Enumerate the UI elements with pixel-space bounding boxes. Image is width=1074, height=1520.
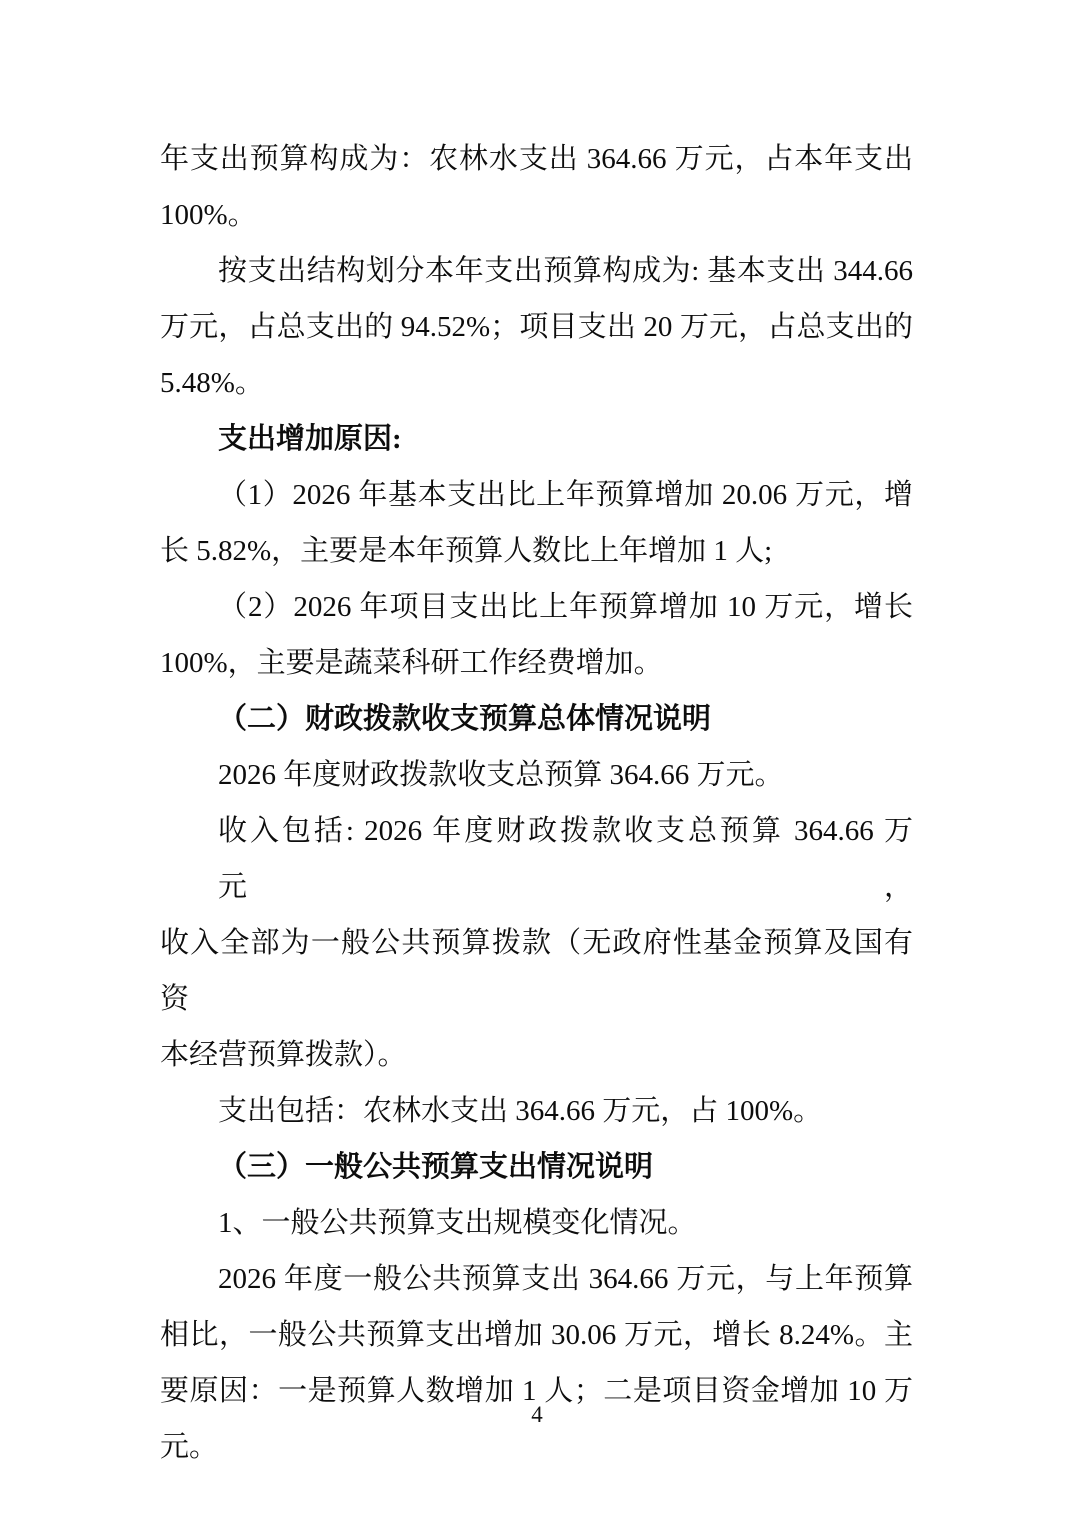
text-line: （三）一般公共预算支出情况说明 <box>160 1139 913 1195</box>
paragraph-expenditure-composition: 年支出预算构成为：农林水支出 364.66 万元，占本年支出 100%。 <box>160 131 913 243</box>
heading-expenditure-increase-reasons: 支出增加原因: <box>160 411 913 467</box>
text-line: 2026 年度一般公共预算支出 364.66 万元，与上年预算 <box>160 1251 913 1307</box>
heading-fiscal-appropriation-overview: （二）财政拨款收支预算总体情况说明 <box>160 691 913 747</box>
paragraph-income-includes: 收入包括: 2026 年度财政拨款收支总预算 364.66 万元， 收入全部为一… <box>160 803 913 1083</box>
text-line: 100%。 <box>160 187 913 243</box>
paragraph-expenditure-includes: 支出包括：农林水支出 364.66 万元，占 100%。 <box>160 1083 913 1139</box>
text-line: 收入包括: 2026 年度财政拨款收支总预算 364.66 万元， <box>160 803 913 915</box>
text-line: 本经营预算拨款）。 <box>160 1027 913 1083</box>
document-body: 年支出预算构成为：农林水支出 364.66 万元，占本年支出 100%。 按支出… <box>160 131 913 1475</box>
paragraph-increase-reason-1: （1）2026 年基本支出比上年预算增加 20.06 万元，增 长 5.82%，… <box>160 467 913 579</box>
page-number: 4 <box>0 1400 1074 1430</box>
text-line: 支出包括：农林水支出 364.66 万元，占 100%。 <box>160 1083 913 1139</box>
paragraph-fiscal-total-budget: 2026 年度财政拨款收支总预算 364.66 万元。 <box>160 747 913 803</box>
text-line: （二）财政拨款收支预算总体情况说明 <box>160 691 913 747</box>
paragraph-expenditure-structure: 按支出结构划分本年支出预算构成为: 基本支出 344.66 万元，占总支出的 9… <box>160 243 913 411</box>
text-line: 1、一般公共预算支出规模变化情况。 <box>160 1195 913 1251</box>
paragraph-scale-change-title: 1、一般公共预算支出规模变化情况。 <box>160 1195 913 1251</box>
text-line: （2）2026 年项目支出比上年预算增加 10 万元，增长 <box>160 579 913 635</box>
text-line: （1）2026 年基本支出比上年预算增加 20.06 万元，增 <box>160 467 913 523</box>
text-line: 5.48%。 <box>160 355 913 411</box>
text-line: 年支出预算构成为：农林水支出 364.66 万元，占本年支出 <box>160 131 913 187</box>
text-line: 相比，一般公共预算支出增加 30.06 万元，增长 8.24%。主 <box>160 1307 913 1363</box>
paragraph-scale-change-detail: 2026 年度一般公共预算支出 364.66 万元，与上年预算 相比，一般公共预… <box>160 1251 913 1475</box>
text-line: 收入全部为一般公共预算拨款（无政府性基金预算及国有资 <box>160 915 913 1027</box>
heading-general-public-budget-expenditure: （三）一般公共预算支出情况说明 <box>160 1139 913 1195</box>
text-line: 2026 年度财政拨款收支总预算 364.66 万元。 <box>160 747 913 803</box>
text-line: 按支出结构划分本年支出预算构成为: 基本支出 344.66 <box>160 243 913 299</box>
text-line: 支出增加原因: <box>160 411 913 467</box>
text-line: 万元，占总支出的 94.52%；项目支出 20 万元，占总支出的 <box>160 299 913 355</box>
text-line: 100%，主要是蔬菜科研工作经费增加。 <box>160 635 913 691</box>
paragraph-increase-reason-2: （2）2026 年项目支出比上年预算增加 10 万元，增长 100%，主要是蔬菜… <box>160 579 913 691</box>
text-line: 长 5.82%，主要是本年预算人数比上年增加 1 人; <box>160 523 913 579</box>
document-page: 年支出预算构成为：农林水支出 364.66 万元，占本年支出 100%。 按支出… <box>0 0 1074 1520</box>
